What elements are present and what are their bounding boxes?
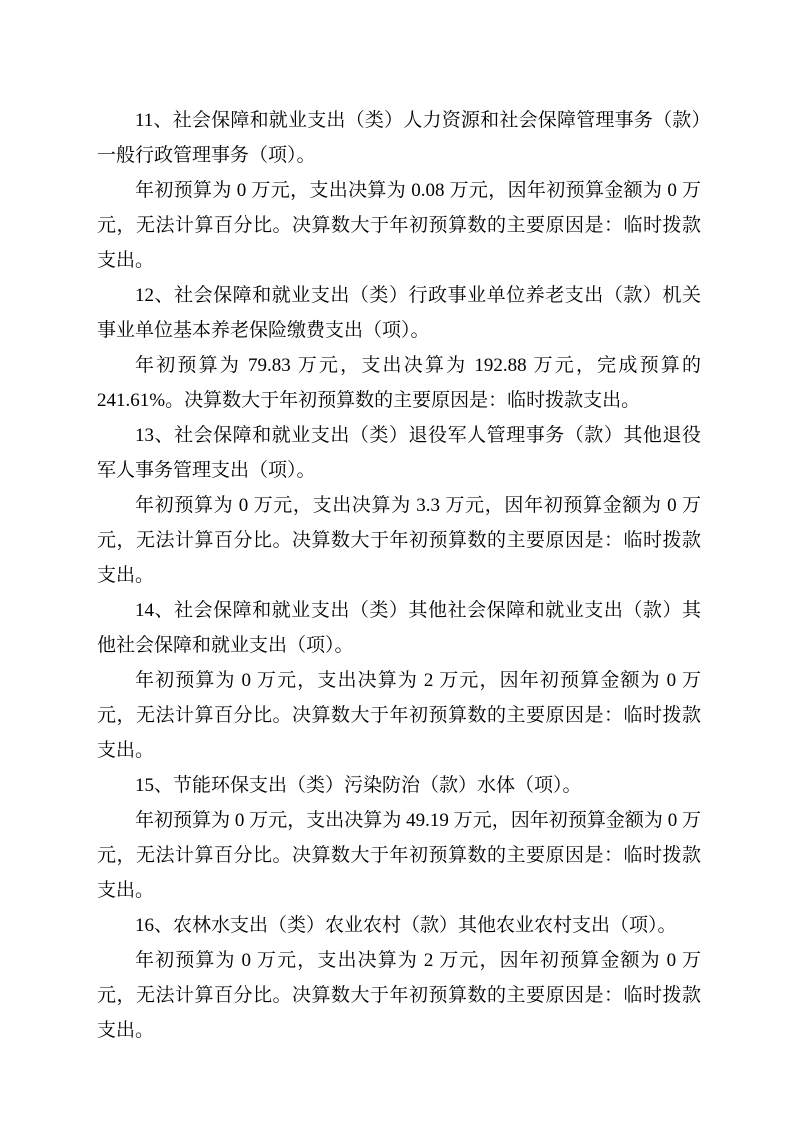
budget-item-title-paragraph: 13、社会保障和就业支出（类）退役军人管理事务（款）其他退役军人事务管理支出（项… — [97, 418, 701, 488]
budget-item-title-paragraph: 14、社会保障和就业支出（类）其他社会保障和就业支出（款）其他社会保障和就业支出… — [97, 593, 701, 663]
budget-item-detail-paragraph: 年初预算为 0 万元，支出决算为 0.08 万元，因年初预算金额为 0 万元，无… — [97, 173, 701, 278]
budget-item-detail-paragraph: 年初预算为 79.83 万元，支出决算为 192.88 万元，完成预算的 241… — [97, 348, 701, 418]
document-page: 11、社会保障和就业支出（类）人力资源和社会保障管理事务（款）一般行政管理事务（… — [0, 0, 793, 1122]
budget-item-title-paragraph: 12、社会保障和就业支出（类）行政事业单位养老支出（款）机关事业单位基本养老保险… — [97, 278, 701, 348]
budget-item-detail-paragraph: 年初预算为 0 万元，支出决算为 2 万元，因年初预算金额为 0 万元，无法计算… — [97, 943, 701, 1048]
budget-item-detail-paragraph: 年初预算为 0 万元，支出决算为 2 万元，因年初预算金额为 0 万元，无法计算… — [97, 663, 701, 768]
budget-item-title-paragraph: 15、节能环保支出（类）污染防治（款）水体（项）。 — [97, 768, 701, 803]
budget-item-title-paragraph: 16、农林水支出（类）农业农村（款）其他农业农村支出（项）。 — [97, 908, 701, 943]
budget-item-title-paragraph: 11、社会保障和就业支出（类）人力资源和社会保障管理事务（款）一般行政管理事务（… — [97, 103, 701, 173]
budget-item-detail-paragraph: 年初预算为 0 万元，支出决算为 49.19 万元，因年初预算金额为 0 万元，… — [97, 803, 701, 908]
budget-item-detail-paragraph: 年初预算为 0 万元，支出决算为 3.3 万元，因年初预算金额为 0 万元，无法… — [97, 488, 701, 593]
document-content: 11、社会保障和就业支出（类）人力资源和社会保障管理事务（款）一般行政管理事务（… — [97, 103, 701, 1048]
